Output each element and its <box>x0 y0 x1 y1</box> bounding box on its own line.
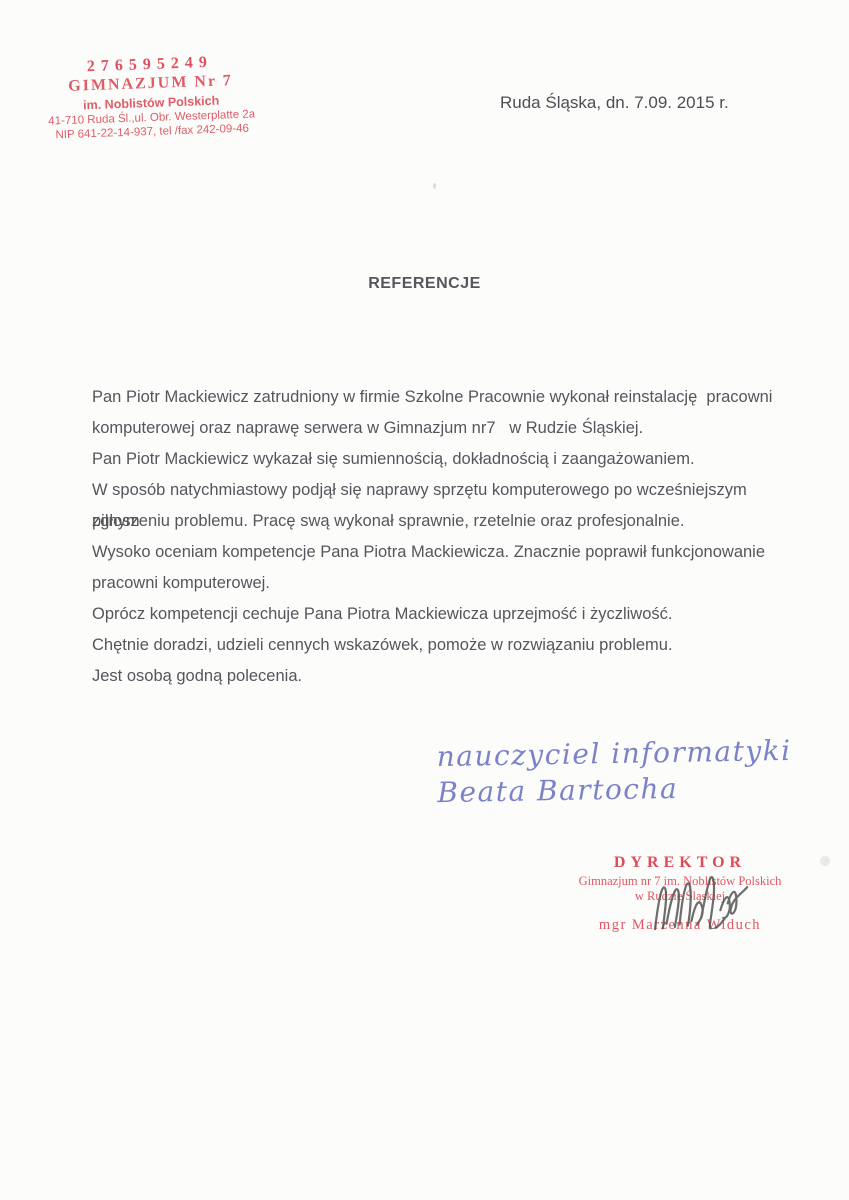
body-line: Pan Piotr Mackiewicz wykazał się sumienn… <box>92 444 782 475</box>
teacher-role-handwriting: nauczyciel informatyki <box>436 733 791 775</box>
teacher-handwritten-signature: nauczyciel informatyki Beata Bartocha <box>436 733 792 811</box>
body-line: W sposób natychmiastowy podjął się napra… <box>92 475 782 506</box>
scan-speck <box>433 183 436 189</box>
body-line: Oprócz kompetencji cechuje Pana Piotra M… <box>92 599 782 630</box>
body-line: zgłoszeniu problemu. Pracę swą wykonał s… <box>92 506 782 537</box>
body-line: Chętnie doradzi, udzieli cennych wskazów… <box>92 630 782 661</box>
document-title: REFERENCJE <box>0 275 849 293</box>
scanned-reference-letter: 276595249 GIMNAZJUM Nr 7 im. Noblistów P… <box>0 0 849 1200</box>
teacher-name-handwriting: Beata Bartocha <box>437 769 792 811</box>
dateline: Ruda Śląska, dn. 7.09. 2015 r. <box>500 93 729 113</box>
body-line: pracowni komputerowej. <box>92 568 782 599</box>
school-stamp: 276595249 GIMNAZJUM Nr 7 im. Noblistów P… <box>35 52 268 144</box>
body-line: Jest osobą godną polecenia. <box>92 661 782 692</box>
body-line: komputerowej oraz naprawę serwera w Gimn… <box>92 413 782 444</box>
body-line: Wysoko oceniam kompetencje Pana Piotra M… <box>92 537 782 568</box>
scan-smudge <box>820 856 830 866</box>
body-line: Pan Piotr Mackiewicz zatrudniony w firmi… <box>92 382 782 413</box>
letter-body: Pan Piotr Mackiewicz zatrudniony w firmi… <box>92 382 782 692</box>
director-pen-signature-scribble <box>645 861 759 936</box>
